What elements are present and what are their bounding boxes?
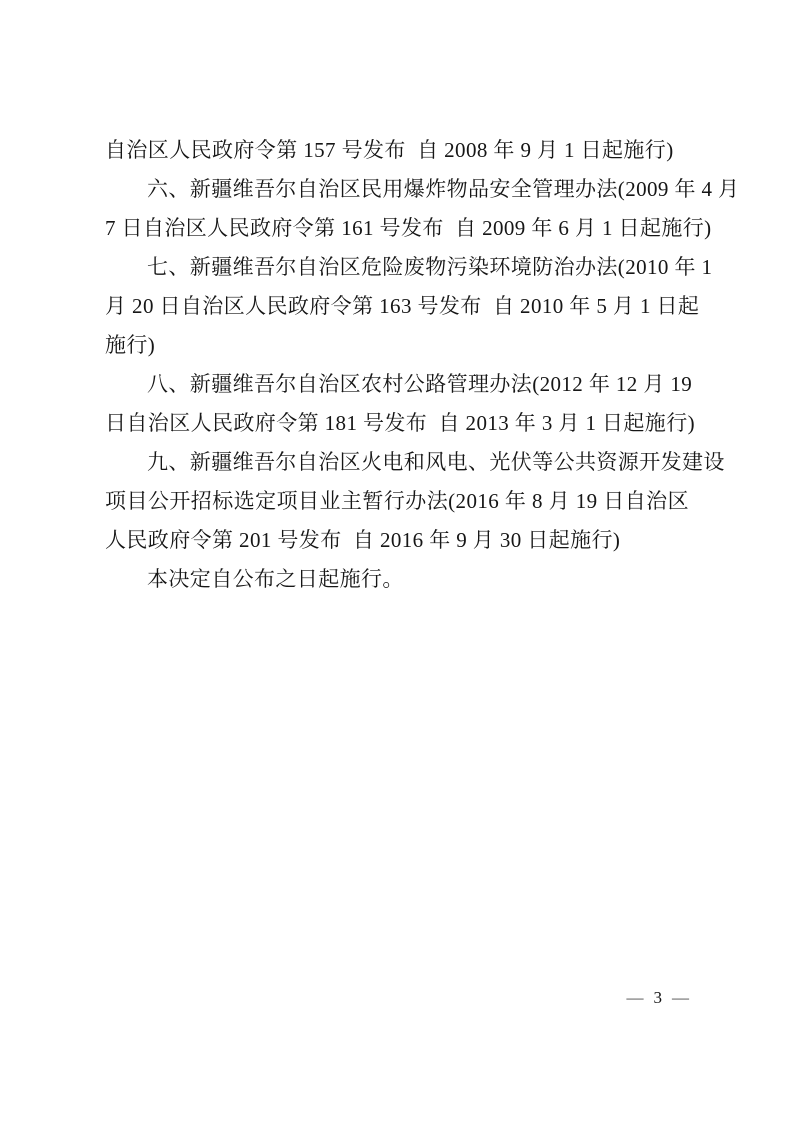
document-line-11: 人民政府令第 201 号发布 自 2016 年 9 月 30 日起施行)	[105, 521, 689, 560]
footer-right-dash: —	[672, 986, 689, 1010]
document-line-4: 七、新疆维吾尔自治区危险废物污染环境防治办法(2010 年 1	[105, 248, 689, 287]
document-line-5: 月 20 日自治区人民政府令第 163 号发布 自 2010 年 5 月 1 日…	[105, 287, 689, 326]
document-line-10: 项目公开招标选定项目业主暂行办法(2016 年 8 月 19 日自治区	[105, 482, 689, 521]
document-line-2: 六、新疆维吾尔自治区民用爆炸物品安全管理办法(2009 年 4 月	[105, 170, 689, 209]
scanned-document-page: 自治区人民政府令第 157 号发布 自 2008 年 9 月 1 日起施行) 六…	[0, 0, 793, 1122]
page-number: 3	[654, 986, 663, 1010]
footer-left-dash: —	[627, 986, 644, 1010]
page-footer: — 3 —	[627, 986, 690, 1010]
document-line-6: 施行)	[105, 326, 689, 365]
document-line-8: 日自治区人民政府令第 181 号发布 自 2013 年 3 月 1 日起施行)	[105, 404, 689, 443]
document-line-7: 八、新疆维吾尔自治区农村公路管理办法(2012 年 12 月 19	[105, 365, 689, 404]
document-body: 自治区人民政府令第 157 号发布 自 2008 年 9 月 1 日起施行) 六…	[105, 131, 689, 599]
document-line-12: 本决定自公布之日起施行。	[105, 560, 689, 599]
document-line-3: 7 日自治区人民政府令第 161 号发布 自 2009 年 6 月 1 日起施行…	[105, 209, 689, 248]
document-line-9: 九、新疆维吾尔自治区火电和风电、光伏等公共资源开发建设	[105, 443, 689, 482]
document-line-1: 自治区人民政府令第 157 号发布 自 2008 年 9 月 1 日起施行)	[105, 131, 689, 170]
